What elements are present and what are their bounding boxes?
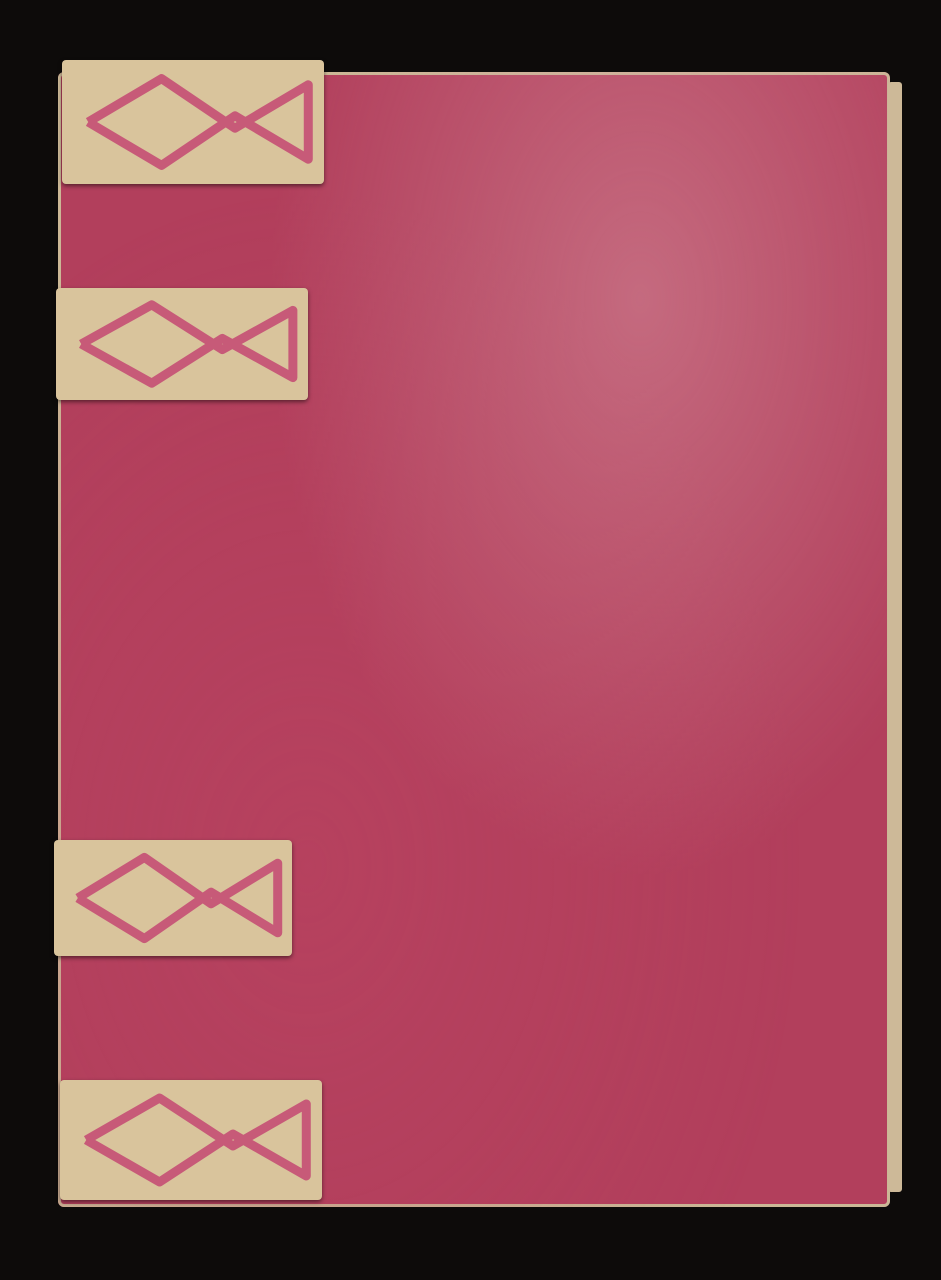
lacing-icon [56, 288, 308, 400]
spine-strap [62, 60, 324, 184]
lacing-icon [62, 60, 324, 184]
book-cover [58, 72, 890, 1207]
spine-strap [54, 840, 292, 956]
spine-strap [60, 1080, 322, 1200]
lacing-icon [60, 1080, 322, 1200]
spine-strap [56, 288, 308, 400]
page-edge [888, 82, 902, 1192]
lacing-icon [54, 840, 292, 956]
